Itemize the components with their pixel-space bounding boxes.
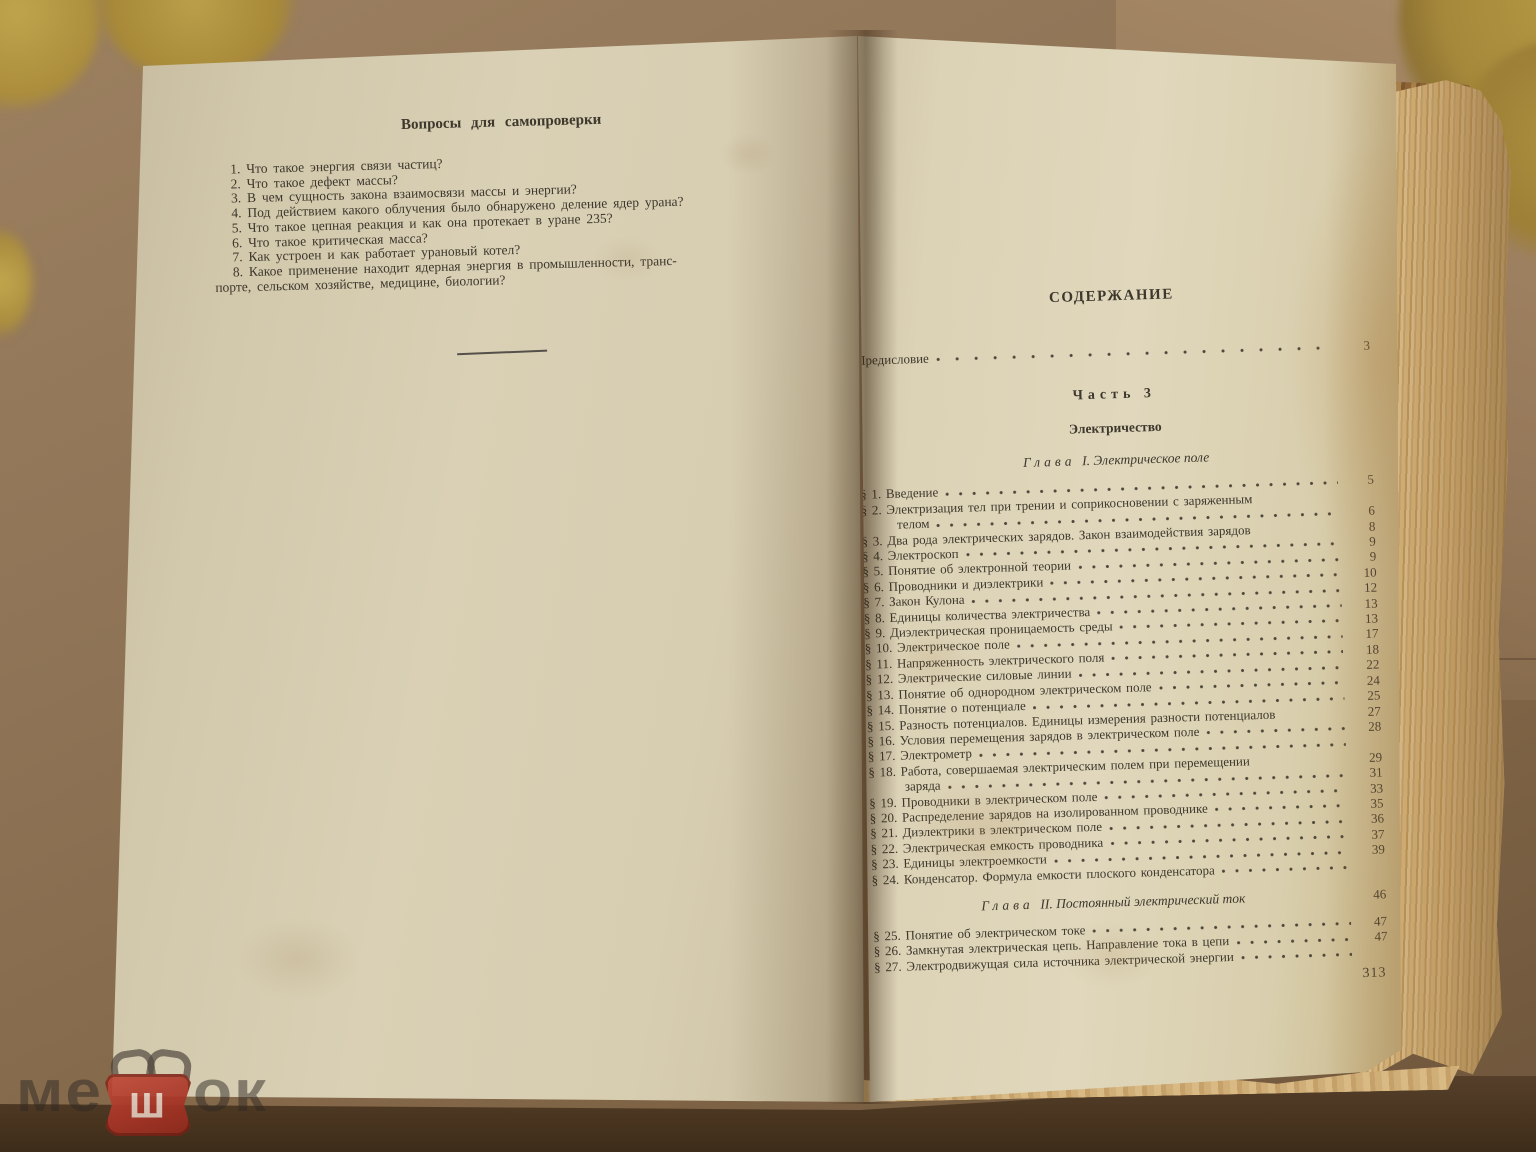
left-page: Вопросы для самопроверки 1. Что такое эн… (108, 34, 864, 1110)
toc-page-number: 33 (1351, 780, 1383, 796)
toc-row: § 2. Электризация тел при трении и сопри… (860, 487, 1374, 518)
dot-leader (1097, 599, 1342, 618)
dot-leader (936, 506, 1339, 530)
toc-row: § 5. Понятие об электронной теории 9 (862, 549, 1376, 580)
toc-page-number: 17 (1346, 626, 1378, 642)
toc-text-block: СОДЕРЖАНИЕ Предисловие 3 Часть 3 Электри… (854, 281, 1389, 997)
question-line: 5. Что такое цепная реакция и как она пр… (214, 207, 794, 237)
toc-page-number (1343, 499, 1375, 500)
dot-leader (1250, 523, 1343, 538)
toc-row: телом 6 (861, 503, 1375, 534)
dot-leader (1092, 917, 1351, 937)
question-line: 3. В чем сущность закона взаимосвязи мас… (213, 177, 793, 207)
toc-entry-label: § 15. Разность потенциалов. Единицы изме… (867, 706, 1276, 734)
toc-page-number: 18 (1347, 641, 1379, 657)
toc-entry-label: § 2. Электризация тел при трении и сопри… (860, 491, 1252, 518)
dot-leader (1215, 799, 1348, 815)
toc-row: § 12. Электрические силовые линии 22 (865, 657, 1379, 688)
toc-entry-label: § 24. Конденсатор. Формула емкости плоск… (871, 862, 1215, 888)
toc-row: заряда 31 (869, 765, 1383, 796)
page-folio-number: 313 (875, 966, 1389, 997)
toc-entry-label: § 21. Диэлектрики в электрическом поле (870, 819, 1102, 841)
toc-page-number: 13 (1345, 595, 1377, 611)
chapter2-page-number: 46 (1354, 886, 1386, 902)
toc-entry-label: § 16. Условия перемещения зарядов в элек… (867, 724, 1199, 749)
toc-page-number: 47 (1355, 913, 1387, 929)
question-line: порте, сельском хозяйстве, медицине, био… (215, 265, 795, 295)
toc-page-number: 47 (1355, 929, 1387, 945)
dot-leader (1222, 860, 1350, 876)
dot-leader (936, 341, 1334, 365)
questions-title: Вопросы для самопроверки (211, 107, 791, 139)
dot-leader (945, 475, 1338, 499)
toc-page-number: 37 (1352, 826, 1384, 842)
chapter1-title: I. Электрическое поле (1082, 450, 1210, 469)
toc-row: § 13. Понятие об однородном электрическо… (866, 672, 1380, 703)
chapter2-word: Глава (981, 897, 1034, 914)
toc-entry-label: § 11. Напряженность электрического поля (865, 650, 1105, 672)
question-line: 1. Что такое энергия связи частиц? (212, 148, 792, 178)
part-heading: Часть 3 (857, 380, 1371, 411)
toc-row: § 3. Два рода электрических зарядов. Зак… (861, 518, 1375, 549)
toc-list-chapter1: § 1. Введение 5 § 2. Электризация тел пр… (860, 472, 1386, 888)
question-line: 8. Какое применение находит ядерная энер… (215, 251, 795, 281)
toc-page-number: 31 (1350, 765, 1382, 781)
toc-page-number (1350, 746, 1382, 747)
dot-leader (1017, 629, 1343, 651)
toc-page-number: 36 (1352, 811, 1384, 827)
toc-entry-label: § 20. Распределение зарядов на изолирова… (870, 801, 1208, 826)
toc-row: § 24. Конденсатор. Формула емкости плоск… (871, 857, 1385, 888)
toc-row: § 27. Электродвижущая сила источника эле… (874, 944, 1388, 975)
part-title: Электричество (858, 413, 1372, 444)
toc-row: § 15. Разность потенциалов. Единицы изме… (867, 703, 1381, 734)
dot-leader (1109, 814, 1348, 833)
toc-entry-label: § 26. Замкнутая электрическая цепь. Напр… (873, 933, 1229, 959)
dot-leader (1110, 830, 1349, 849)
dot-leader (971, 583, 1341, 606)
question-line: 4. Под действием какого облучения было о… (213, 192, 793, 222)
toc-page-number: 10 (1344, 564, 1376, 580)
dot-leader (1104, 783, 1347, 802)
toc-preface-row: Предисловие 3 (856, 338, 1370, 369)
section-end-rule (457, 350, 547, 356)
toc-page-number (1353, 869, 1385, 870)
toc-title: СОДЕРЖАНИЕ (854, 281, 1368, 313)
question-line: 7. Как устроен и как работает урановый к… (214, 236, 794, 266)
dot-leader (1236, 932, 1352, 947)
toc-row: § 11. Напряженность электрического поля … (865, 641, 1379, 672)
bag-letter: ш (105, 1077, 191, 1130)
dot-leader (965, 537, 1340, 560)
toc-page-number: 12 (1345, 580, 1377, 596)
question-line: 6. Что такое критическая масса? (214, 221, 794, 251)
toc-page-number: 22 (1347, 657, 1379, 673)
dot-leader (1054, 845, 1349, 866)
dot-leader (1241, 948, 1352, 963)
toc-list-chapter2: § 25. Понятие об электрическом токе 47 §… (873, 913, 1388, 974)
toc-page-number: 27 (1349, 703, 1381, 719)
toc-row: § 4. Электроскоп 9 (862, 534, 1376, 565)
toc-row: § 21. Диэлектрики в электрическом поле 3… (870, 811, 1384, 842)
preface-page-number: 3 (1338, 338, 1370, 354)
dot-leader (1206, 722, 1345, 738)
toc-page-number: 39 (1353, 842, 1385, 858)
dot-leader (1252, 492, 1342, 507)
dot-leader (1158, 676, 1344, 693)
toc-entry-label: § 25. Понятие об электрическом токе (873, 922, 1086, 944)
toc-row: § 20. Распределение зарядов на изолирова… (870, 795, 1384, 826)
book-photo-scene: Вопросы для самопроверки 1. Что такое эн… (0, 0, 1536, 1152)
toc-row: § 22. Электрическая емкость проводника 3… (870, 826, 1384, 857)
toc-page-number (1356, 956, 1388, 957)
dot-leader (947, 768, 1346, 792)
toc-page-number: 13 (1346, 611, 1378, 627)
toc-row: § 7. Закон Кулона 12 (863, 580, 1377, 611)
dot-leader (979, 737, 1346, 760)
toc-row: § 1. Введение 5 (860, 472, 1374, 503)
toc-page-number: 25 (1348, 688, 1380, 704)
toc-row: § 6. Проводники и диэлектрики 10 (863, 564, 1377, 595)
chapter2-heading: Глава II. Постоянный электрический ток 4… (872, 886, 1386, 916)
right-page: СОДЕРЖАНИЕ Предисловие 3 Часть 3 Электри… (856, 30, 1401, 1102)
watermark-text-prefix: ме (16, 1062, 103, 1121)
toc-page-number: 24 (1348, 672, 1380, 688)
toc-row: § 16. Условия перемещения зарядов в элек… (867, 718, 1381, 749)
dot-leader (1033, 691, 1345, 712)
chapter1-heading: Глава I. Электрическое поле (859, 445, 1373, 475)
dot-leader (1078, 552, 1341, 572)
dot-leader (1050, 568, 1341, 589)
toc-entry-label: § 13. Понятие об однородном электрическо… (866, 679, 1152, 703)
toc-row: § 18. Работа, совершаемая электрическим … (868, 749, 1382, 780)
dot-leader (1119, 614, 1342, 633)
toc-page-number: 8 (1343, 518, 1375, 534)
toc-row: § 10. Электрическое поле 17 (864, 626, 1378, 657)
dot-leader (1111, 645, 1343, 664)
toc-entry-label: § 27. Электродвижущая сила источника эле… (874, 949, 1234, 975)
toc-entry-label: § 18. Работа, совершаемая электрическим … (868, 753, 1250, 780)
blurry-round-object (0, 225, 32, 340)
toc-page-number: 35 (1351, 795, 1383, 811)
chapter1-word: Глава (1023, 454, 1076, 471)
toc-row: § 9. Диэлектрическая проницаемость среды… (864, 611, 1378, 642)
chapter2-title: II. Постоянный электрический ток (1040, 891, 1245, 912)
toc-page-number: 9 (1344, 534, 1376, 550)
toc-row: § 19. Проводники в электрическом поле 33 (869, 780, 1383, 811)
dot-leader (1250, 754, 1351, 769)
questions-list: 1. Что такое энергия связи частиц? 2. Чт… (212, 148, 795, 295)
blurry-round-object (0, 0, 100, 110)
question-line: 2. Что такое дефект массы? (212, 163, 792, 193)
toc-page-number: 29 (1350, 749, 1382, 765)
toc-row: § 23. Единицы электроемкости 39 (871, 842, 1385, 873)
dot-leader (1078, 660, 1343, 680)
toc-row: § 8. Единицы количества электричества 13 (864, 595, 1378, 626)
toc-entry-label: § 9. Диэлектрическая проницаемость среды (864, 618, 1113, 641)
shopping-bag-icon: ш (105, 1056, 191, 1134)
toc-entry-label: § 22. Электрическая емкость проводника (870, 835, 1103, 857)
toc-entry-label: § 3. Два рода электрических зарядов. Зак… (861, 522, 1251, 549)
left-page-text-block: Вопросы для самопроверки 1. Что такое эн… (211, 107, 797, 361)
toc-page-number: 28 (1349, 718, 1381, 734)
toc-row: § 14. Понятие о потенциале 25 (866, 688, 1380, 719)
toc-page-number: 6 (1343, 503, 1375, 519)
toc-row: § 25. Понятие об электрическом токе 47 (873, 913, 1387, 944)
toc-page-number: 5 (1342, 472, 1374, 488)
toc-row: § 26. Замкнутая электрическая цепь. Напр… (873, 929, 1387, 960)
toc-page-number: 9 (1344, 549, 1376, 565)
toc-entry-label: § 19. Проводники в электрическом поле (869, 788, 1097, 810)
meshok-watermark: ме ш ок (16, 1052, 268, 1130)
book-gutter-shadow (826, 30, 898, 1104)
watermark-text-suffix: ок (193, 1062, 268, 1121)
toc-row: § 17. Электрометр (868, 734, 1382, 765)
dot-leader (1275, 707, 1349, 721)
